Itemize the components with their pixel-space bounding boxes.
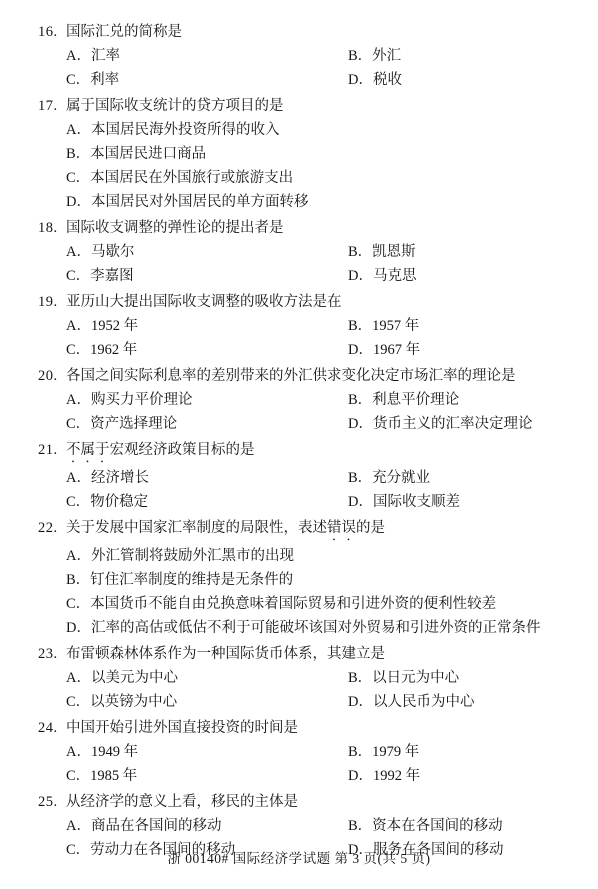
stem-text: 布雷顿森林体系作为一种国际货币体系，其建立是 [66, 646, 385, 662]
question-24: 24.中国开始引进外国直接投资的时间是A．1949 年B．1979 年C．198… [38, 716, 570, 788]
question-number: 23. [38, 642, 66, 666]
question-stem: 布雷顿森林体系作为一种国际货币体系，其建立是 [66, 642, 570, 666]
stem-text: 各国之间实际利息率的差别带来的外汇供求变化决定市场汇率的理论是 [66, 368, 516, 384]
option-D: D．1967 年 [348, 338, 570, 362]
options: A．购买力平价理论B．利息平价理论C．资产选择理论D．货币主义的汇率决定理论 [66, 388, 570, 436]
question-number: 22. [38, 516, 66, 544]
option-D: D．货币主义的汇率决定理论 [348, 412, 570, 436]
option-B: B．利息平价理论 [348, 388, 570, 412]
question-20: 20.各国之间实际利息率的差别带来的外汇供求变化决定市场汇率的理论是A．购买力平… [38, 364, 570, 436]
option-B: B．1979 年 [348, 740, 570, 764]
option-D: D．本国居民对外国居民的单方面转移 [66, 190, 570, 214]
option-D: D．1992 年 [348, 764, 570, 788]
option-C: C．物价稳定 [66, 490, 348, 514]
option-C: C．李嘉图 [66, 264, 348, 288]
question-number: 21. [38, 438, 66, 466]
option-A: A．马歇尔 [66, 240, 348, 264]
options: A．本国居民海外投资所得的收入B．本国居民进口商品C．本国居民在外国旅行或旅游支… [66, 118, 570, 214]
option-B: B．本国居民进口商品 [66, 142, 570, 166]
option-A: A．外汇管制将鼓励外汇黑市的出现 [66, 544, 570, 568]
option-A: A．购买力平价理论 [66, 388, 348, 412]
exam-page: 16.国际汇兑的简称是A．汇率B．外汇C．利率D．税收17.属于国际收支统计的贷… [0, 0, 598, 889]
option-C: C．利率 [66, 68, 348, 92]
question-head: 19.亚历山大提出国际收支调整的吸收方法是在 [38, 290, 570, 314]
option-A: A．经济增长 [66, 466, 348, 490]
stem-text: 从经济学的意义上看，移民的主体是 [66, 794, 298, 810]
options: A．以美元为中心B．以日元为中心C．以英镑为中心D．以人民币为中心 [66, 666, 570, 714]
question-stem: 从经济学的意义上看，移民的主体是 [66, 790, 570, 814]
option-A: A．汇率 [66, 44, 348, 68]
stem-text: 宏观经济政策目标的是 [110, 442, 255, 458]
question-head: 23.布雷顿森林体系作为一种国际货币体系，其建立是 [38, 642, 570, 666]
question-head: 16.国际汇兑的简称是 [38, 20, 570, 44]
question-number: 16. [38, 20, 66, 44]
stem-text: 国际收支调整的弹性论的提出者是 [66, 220, 284, 236]
stem-text: 的是 [356, 520, 385, 536]
option-A: A．1949 年 [66, 740, 348, 764]
question-head: 24.中国开始引进外国直接投资的时间是 [38, 716, 570, 740]
question-18: 18.国际收支调整的弹性论的提出者是A．马歇尔B．凯恩斯C．李嘉图D．马克思 [38, 216, 570, 288]
question-head: 21.不属于宏观经济政策目标的是 [38, 438, 570, 466]
question-22: 22.关于发展中国家汇率制度的局限性，表述错误的是A．外汇管制将鼓励外汇黑市的出… [38, 516, 570, 640]
question-list: 16.国际汇兑的简称是A．汇率B．外汇C．利率D．税收17.属于国际收支统计的贷… [38, 20, 570, 862]
option-B: B．资本在各国间的移动 [348, 814, 570, 838]
stem-text: 属于国际收支统计的贷方项目的是 [66, 98, 284, 114]
stem-emphasized-text: 错误 [327, 520, 356, 536]
options: A．1949 年B．1979 年C．1985 年D．1992 年 [66, 740, 570, 788]
question-number: 19. [38, 290, 66, 314]
question-stem: 属于国际收支统计的贷方项目的是 [66, 94, 570, 118]
page-footer: 浙 00140# 国际经济学试题 第 3 页(共 5 页) [0, 847, 598, 867]
option-C: C．本国居民在外国旅行或旅游支出 [66, 166, 570, 190]
stem-text: 关于发展中国家汇率制度的局限性，表述 [66, 520, 327, 536]
question-stem: 中国开始引进外国直接投资的时间是 [66, 716, 570, 740]
options: A．1952 年B．1957 年C．1962 年D．1967 年 [66, 314, 570, 362]
option-C: C．1962 年 [66, 338, 348, 362]
options: A．经济增长B．充分就业C．物价稳定D．国际收支顺差 [66, 466, 570, 514]
question-number: 24. [38, 716, 66, 740]
option-B: B．以日元为中心 [348, 666, 570, 690]
options: A．外汇管制将鼓励外汇黑市的出现B．钉住汇率制度的维持是无条件的C．本国货币不能… [66, 544, 570, 640]
stem-text: 国际汇兑的简称是 [66, 24, 182, 40]
question-head: 22.关于发展中国家汇率制度的局限性，表述错误的是 [38, 516, 570, 544]
question-number: 25. [38, 790, 66, 814]
stem-text: 亚历山大提出国际收支调整的吸收方法是在 [66, 294, 342, 310]
option-A: A．商品在各国间的移动 [66, 814, 348, 838]
option-A: A．本国居民海外投资所得的收入 [66, 118, 570, 142]
option-D: D．国际收支顺差 [348, 490, 570, 514]
option-B: B．1957 年 [348, 314, 570, 338]
stem-text: 中国开始引进外国直接投资的时间是 [66, 720, 298, 736]
option-D: D．汇率的高估或低估不利于可能破坏该国对外贸易和引进外资的正常条件 [66, 616, 570, 640]
option-B: B．凯恩斯 [348, 240, 570, 264]
question-23: 23.布雷顿森林体系作为一种国际货币体系，其建立是A．以美元为中心B．以日元为中… [38, 642, 570, 714]
option-A: A．1952 年 [66, 314, 348, 338]
question-stem: 国际汇兑的简称是 [66, 20, 570, 44]
question-head: 25.从经济学的意义上看，移民的主体是 [38, 790, 570, 814]
stem-emphasized-text: 不属于 [66, 442, 110, 458]
question-stem: 不属于宏观经济政策目标的是 [66, 438, 570, 466]
option-D: D．以人民币为中心 [348, 690, 570, 714]
question-stem: 国际收支调整的弹性论的提出者是 [66, 216, 570, 240]
option-C: C．以英镑为中心 [66, 690, 348, 714]
option-B: B．外汇 [348, 44, 570, 68]
option-B: B．充分就业 [348, 466, 570, 490]
options: A．汇率B．外汇C．利率D．税收 [66, 44, 570, 92]
question-stem: 亚历山大提出国际收支调整的吸收方法是在 [66, 290, 570, 314]
question-19: 19.亚历山大提出国际收支调整的吸收方法是在A．1952 年B．1957 年C．… [38, 290, 570, 362]
option-D: D．马克思 [348, 264, 570, 288]
question-stem: 关于发展中国家汇率制度的局限性，表述错误的是 [66, 516, 570, 544]
question-16: 16.国际汇兑的简称是A．汇率B．外汇C．利率D．税收 [38, 20, 570, 92]
option-C: C．资产选择理论 [66, 412, 348, 436]
question-number: 20. [38, 364, 66, 388]
option-C: C．1985 年 [66, 764, 348, 788]
question-number: 17. [38, 94, 66, 118]
option-B: B．钉住汇率制度的维持是无条件的 [66, 568, 570, 592]
question-17: 17.属于国际收支统计的贷方项目的是A．本国居民海外投资所得的收入B．本国居民进… [38, 94, 570, 214]
option-C: C．本国货币不能自由兑换意味着国际贸易和引进外资的便利性较差 [66, 592, 570, 616]
question-head: 17.属于国际收支统计的贷方项目的是 [38, 94, 570, 118]
option-A: A．以美元为中心 [66, 666, 348, 690]
question-head: 18.国际收支调整的弹性论的提出者是 [38, 216, 570, 240]
options: A．马歇尔B．凯恩斯C．李嘉图D．马克思 [66, 240, 570, 288]
question-head: 20.各国之间实际利息率的差别带来的外汇供求变化决定市场汇率的理论是 [38, 364, 570, 388]
question-stem: 各国之间实际利息率的差别带来的外汇供求变化决定市场汇率的理论是 [66, 364, 570, 388]
question-number: 18. [38, 216, 66, 240]
question-21: 21.不属于宏观经济政策目标的是A．经济增长B．充分就业C．物价稳定D．国际收支… [38, 438, 570, 514]
option-D: D．税收 [348, 68, 570, 92]
